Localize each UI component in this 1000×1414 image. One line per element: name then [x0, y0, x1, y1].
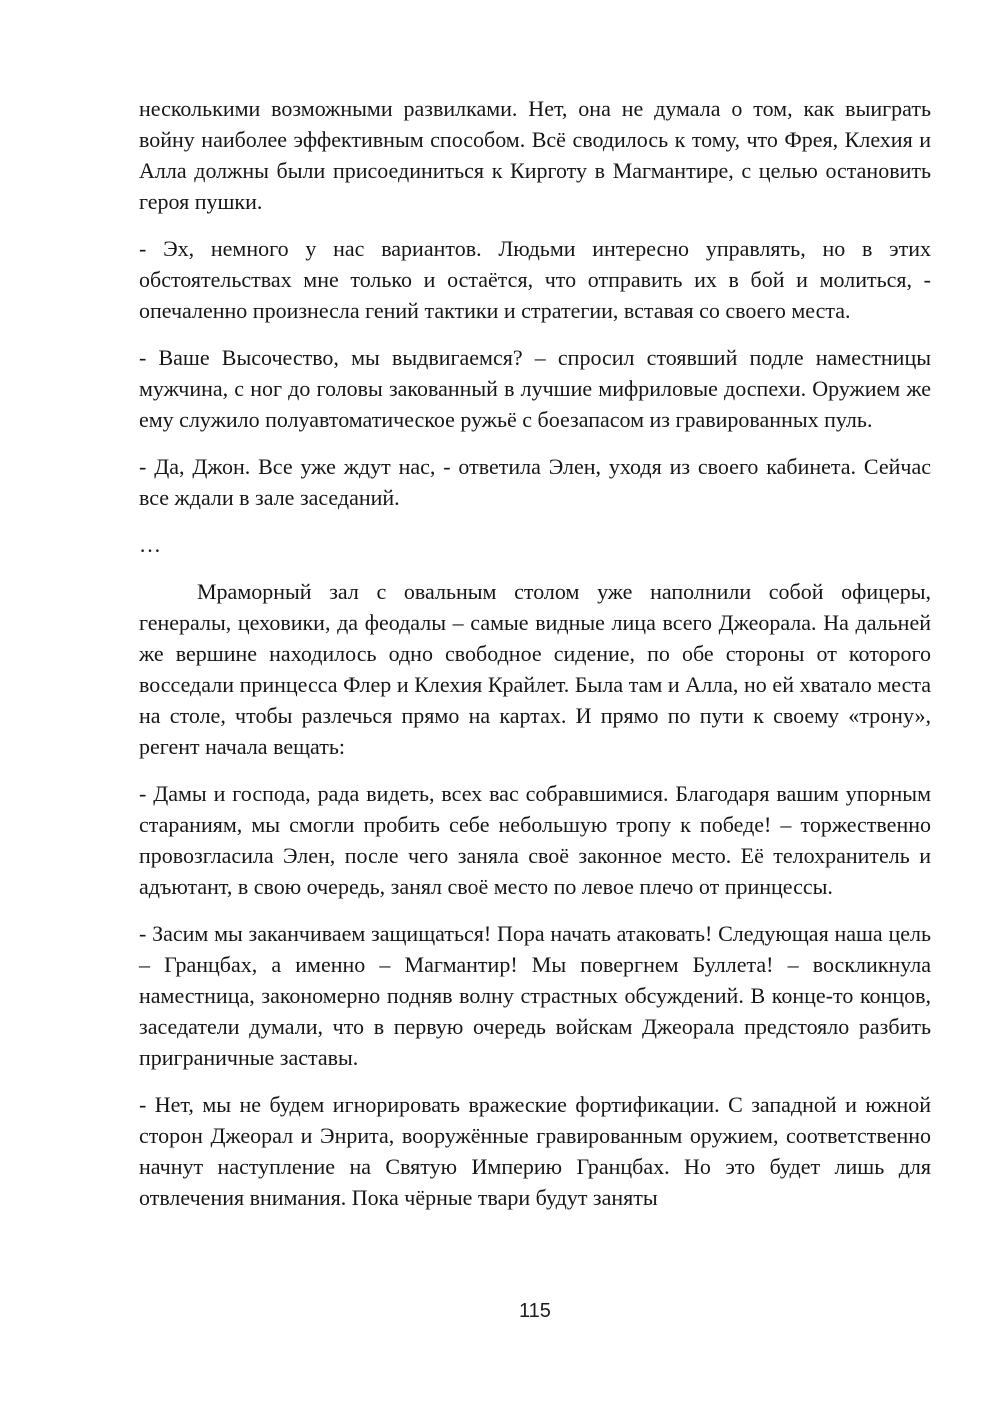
paragraph: - Нет, мы не будем игнорировать вражески… [139, 1089, 931, 1213]
paragraph: - Засим мы заканчиваем защищаться! Пора … [139, 918, 931, 1073]
paragraph: несколькими возможными развилками. Нет, … [139, 93, 931, 217]
paragraph: … [139, 529, 931, 560]
text-block: несколькими возможными развилками. Нет, … [139, 93, 931, 1229]
page-number: 115 [139, 1300, 931, 1323]
paragraph: - Эх, немного у нас вариантов. Людьми ин… [139, 233, 931, 326]
document-page: несколькими возможными развилками. Нет, … [0, 0, 1000, 1414]
paragraph: - Да, Джон. Все уже ждут нас, - ответила… [139, 451, 931, 513]
paragraph: - Дамы и господа, рада видеть, всех вас … [139, 778, 931, 902]
paragraph: - Ваше Высочество, мы выдвигаемся? – спр… [139, 342, 931, 435]
paragraph: Мраморный зал с овальным столом уже напо… [139, 576, 931, 762]
